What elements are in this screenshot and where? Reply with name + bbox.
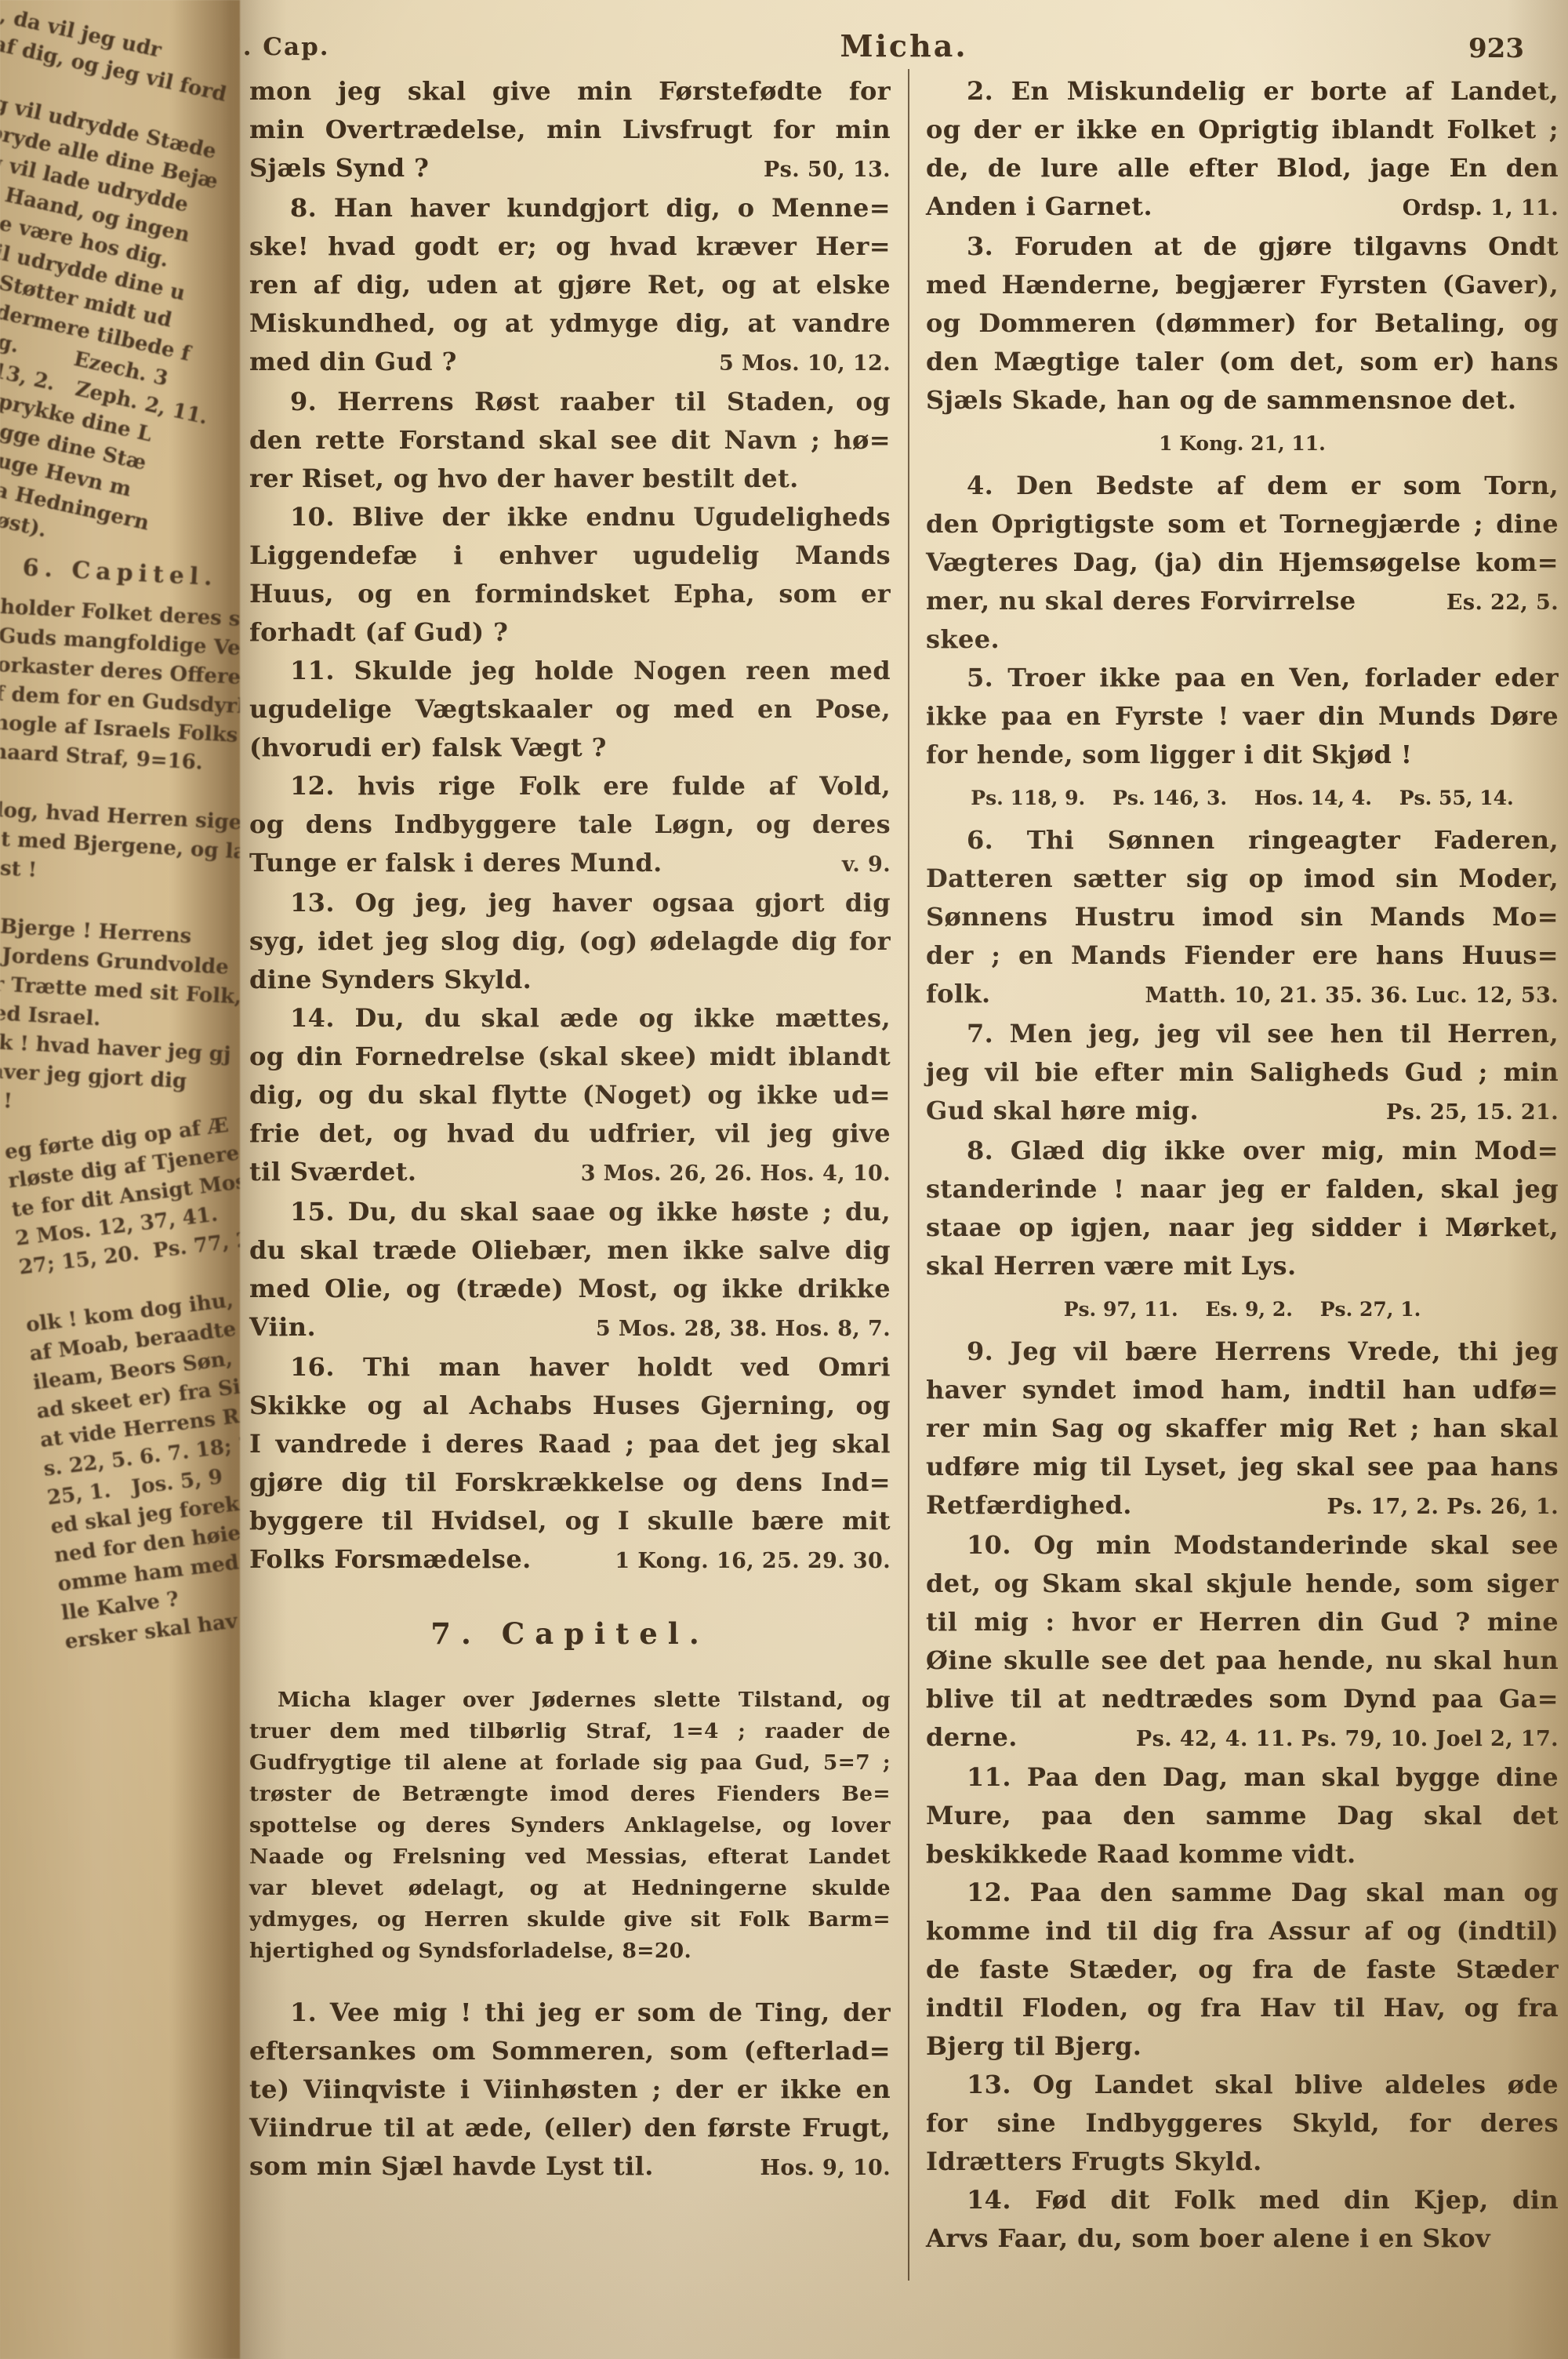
text-line: blive til at nedtrædes som Dynd paa Ga= bbox=[926, 1680, 1559, 1718]
verse-text: med din Gud ? bbox=[249, 343, 457, 381]
previous-page-chapter-heading: 6. Capitel. bbox=[2, 549, 240, 601]
scripture-reference: 5 Mos. 10, 12. bbox=[705, 344, 891, 383]
text-line: Liggendefæ i enhver ugudelig Mands bbox=[249, 536, 891, 575]
text-line: 12. Paa den samme Dag skal man og bbox=[926, 1874, 1559, 1912]
text-line: I vandrede i deres Raad ; paa det jeg sk… bbox=[249, 1425, 891, 1463]
verse-text: som min Sjæl havde Lyst til. bbox=[249, 2147, 654, 2186]
verse-text: Viin. bbox=[249, 1308, 316, 1347]
text-line: hjertighed og Syndsforladelse, 8=20. bbox=[249, 1936, 891, 1967]
text-line: Bjerg til Bjerg. bbox=[926, 2027, 1559, 2066]
text-line: med Olie, og (træde) Most, og ikke drikk… bbox=[249, 1270, 891, 1308]
text-line: til mig : hvor er Herren din Gud ? mine bbox=[926, 1603, 1559, 1641]
text-line: de, de lure alle efter Blod, jage En den bbox=[926, 149, 1559, 187]
scripture-reference-line: 1 Kong. 21, 11. bbox=[926, 426, 1559, 462]
text-line: med Hænderne, begjærer Fyrsten (Gaver), bbox=[926, 266, 1559, 304]
text-line: ren af dig, uden at gjøre Ret, og at els… bbox=[249, 266, 891, 304]
text-line: Sjæls Skade, han og de sammensnoe det. bbox=[926, 381, 1559, 420]
text-line: 13. Og jeg, jeg haver ogsaa gjort dig bbox=[249, 884, 891, 922]
previous-page-fragment-lines: holder Folket deres storeGuds mangfoldig… bbox=[0, 593, 240, 1130]
text-line: dine Synders Skyld. bbox=[249, 961, 891, 999]
scripture-reference-line: Ps. 118, 9. Ps. 146, 3. Hos. 14, 4. Ps. … bbox=[926, 780, 1559, 816]
text-line: haver syndet imod ham, indtil han udfø= bbox=[926, 1371, 1559, 1409]
text-line: gjøre dig til Forskrækkelse og dens Ind= bbox=[249, 1463, 891, 1502]
text-line: Micha klager over Jødernes slette Tilsta… bbox=[249, 1685, 891, 1716]
verse-text: Tunge er falsk i deres Mund. bbox=[249, 844, 662, 882]
previous-page-fragments-top: , da vil jeg udraf dig, og jeg vil ford … bbox=[0, 2, 240, 574]
text-line: frie det, og hvad du udfrier, vil jeg gi… bbox=[249, 1114, 891, 1153]
scripture-reference: Matth. 10, 21. 35. 36. Luc. 12, 53. bbox=[1131, 976, 1559, 1015]
verse-text: Sjæls Synd ? bbox=[249, 149, 429, 187]
text-line: Tunge er falsk i deres Mund.v. 9. bbox=[249, 844, 891, 884]
text-line: Sønnens Hustru imod sin Mands Mo= bbox=[926, 898, 1559, 936]
verse-text: Retfærdighed. bbox=[926, 1486, 1132, 1525]
text-line: som min Sjæl havde Lyst til.Hos. 9, 10. bbox=[249, 2147, 891, 2187]
scripture-reference: 5 Mos. 28, 38. Hos. 8, 7. bbox=[582, 1310, 891, 1348]
previous-page-edge: , da vil jeg udraf dig, og jeg vil ford … bbox=[0, 0, 240, 2359]
text-line: 11. Skulde jeg holde Nogen reen med bbox=[249, 652, 891, 690]
text-line: dig, og du skal flytte (Noget) og ikke u… bbox=[249, 1076, 891, 1114]
text-line: Skikke og al Achabs Huses Gjerning, og bbox=[249, 1387, 891, 1425]
left-column: mon jeg skal give min Førstefødte formin… bbox=[249, 72, 891, 2187]
text-line: 10. Og min Modstanderinde skal see bbox=[926, 1526, 1559, 1565]
header-page-number: 923 bbox=[1468, 33, 1524, 64]
text-line: Gud skal høre mig.Ps. 25, 15. 21. bbox=[926, 1092, 1559, 1132]
text-line: te) Viinqviste i Viinhøsten ; der er ikk… bbox=[249, 2070, 891, 2109]
text-line: 14. Fød dit Folk med din Kjep, din bbox=[926, 2181, 1559, 2219]
text-line: standerinde ! naar jeg er falden, skal j… bbox=[926, 1170, 1559, 1209]
text-line: komme ind til dig fra Assur af og (indti… bbox=[926, 1912, 1559, 1950]
scripture-reference: v. 9. bbox=[828, 845, 891, 884]
text-line: rer Riset, og hvo der haver bestilt det. bbox=[249, 460, 891, 498]
text-line: for hende, som ligger i dit Skjød ! bbox=[926, 736, 1559, 774]
text-line: den Mægtige taler (om det, som er) hans bbox=[926, 343, 1559, 381]
text-line: 8. Glæd dig ikke over mig, min Mod= bbox=[926, 1132, 1559, 1170]
verse-text: derne. bbox=[926, 1718, 1018, 1757]
verse-text: folk. bbox=[926, 975, 991, 1013]
text-line: 13. Og Landet skal blive aldeles øde bbox=[926, 2066, 1559, 2104]
previous-page-fragments-middle: 6. Capitel. holder Folket deres storeGud… bbox=[0, 549, 240, 1130]
text-line: Anden i Garnet.Ordsp. 1, 11. bbox=[926, 187, 1559, 227]
text-line: Sjæls Synd ?Ps. 50, 13. bbox=[249, 149, 891, 189]
text-line: rer min Sag og skaffer mig Ret ; han ska… bbox=[926, 1409, 1559, 1448]
text-line: 10. Blive der ikke endnu Ugudeligheds bbox=[249, 498, 891, 536]
text-line: 9. Jeg vil bære Herrens Vrede, thi jeg bbox=[926, 1332, 1559, 1371]
text-line: ydmyges, og Herren skulde give sit Folk … bbox=[249, 1904, 891, 1936]
right-column: 2. En Miskundelig er borte af Landet,og … bbox=[926, 72, 1559, 2258]
text-line: folk.Matth. 10, 21. 35. 36. Luc. 12, 53. bbox=[926, 975, 1559, 1015]
text-line: Folks Forsmædelse.1 Kong. 16, 25. 29. 30… bbox=[249, 1540, 891, 1580]
text-line: beskikkede Raad komme vidt. bbox=[926, 1835, 1559, 1874]
text-line: eftersankes om Sommeren, som (efterlad= bbox=[249, 2032, 891, 2070]
scripture-reference: 3 Mos. 26, 26. Hos. 4, 10. bbox=[567, 1154, 891, 1193]
text-line: jeg vil bie efter min Saligheds Gud ; mi… bbox=[926, 1053, 1559, 1092]
scripture-reference: 1 Kong. 16, 25. 29. 30. bbox=[601, 1542, 891, 1580]
column-divider bbox=[908, 69, 909, 2281]
scripture-reference: Ps. 50, 13. bbox=[750, 151, 891, 189]
text-line: Viindrue til at æde, (eller) den første … bbox=[249, 2109, 891, 2147]
verse-text: mer, nu skal deres Forvirrelse skee. bbox=[926, 582, 1432, 659]
text-line: der ; en Mands Fiender ere hans Huus= bbox=[926, 936, 1559, 975]
text-line: derne.Ps. 42, 4. 11. Ps. 79, 10. Joel 2,… bbox=[926, 1718, 1559, 1758]
header-book-title: Micha. bbox=[249, 28, 1559, 64]
text-line: (hvorudi er) falsk Vægt ? bbox=[249, 729, 891, 767]
text-line: 15. Du, du skal saae og ikke høste ; du, bbox=[249, 1193, 891, 1231]
text-line: 11. Paa den Dag, man skal bygge dine bbox=[926, 1758, 1559, 1797]
text-line: 14. Du, du skal æde og ikke mættes, bbox=[249, 999, 891, 1038]
text-line: byggere til Hvidsel, og I skulle bære mi… bbox=[249, 1502, 891, 1540]
text-line: spottelse og deres Synders Anklagelse, o… bbox=[249, 1810, 891, 1841]
scripture-reference: Ps. 17, 2. Ps. 26, 1. bbox=[1312, 1488, 1559, 1526]
text-line: Retfærdighed.Ps. 17, 2. Ps. 26, 1. bbox=[926, 1486, 1559, 1526]
text-line: Idrætters Frugts Skyld. bbox=[926, 2143, 1559, 2181]
text-line: mon jeg skal give min Førstefødte for bbox=[249, 72, 891, 111]
chapter-heading: 7. Capitel. bbox=[249, 1615, 891, 1653]
text-line: 3. Foruden at de gjøre tilgavns Ondt bbox=[926, 227, 1559, 266]
text-line: det, og Skam skal skjule hende, som sige… bbox=[926, 1565, 1559, 1603]
text-line: for sine Indbyggeres Skyld, for deres bbox=[926, 2104, 1559, 2143]
text-line: skal Herren være mit Lys. bbox=[926, 1247, 1559, 1285]
text-line: 6. Thi Sønnen ringeagter Faderen, bbox=[926, 821, 1559, 860]
text-line: Miskundhed, og at ydmyge dig, at vandre bbox=[249, 304, 891, 343]
verse-text: Anden i Garnet. bbox=[926, 187, 1152, 226]
text-line: og Dommeren (dømmer) for Betaling, og bbox=[926, 304, 1559, 343]
text-line: Huus, og en formindsket Epha, som er bbox=[249, 575, 891, 613]
text-line: Datteren sætter sig op imod sin Moder, bbox=[926, 860, 1559, 898]
text-line: 2. En Miskundelig er borte af Landet, bbox=[926, 72, 1559, 111]
verse-text: Folks Forsmædelse. bbox=[249, 1540, 532, 1579]
book-page-photo: 6. 7. Cap. Micha. 923 mon jeg skal give … bbox=[0, 0, 1568, 2359]
scripture-reference: Hos. 9, 10. bbox=[746, 2149, 891, 2187]
text-line: forhadt (af Gud) ? bbox=[249, 613, 891, 652]
text-line: Vægteres Dag, (ja) din Hjemsøgelse kom= bbox=[926, 543, 1559, 582]
text-line: 4. Den Bedste af dem er som Torn, bbox=[926, 467, 1559, 505]
text-line: Øine skulle see det paa hende, nu skal h… bbox=[926, 1641, 1559, 1680]
text-line: de faste Stæder, og fra de faste Stæder bbox=[926, 1950, 1559, 1989]
scripture-reference-line: Ps. 97, 11. Es. 9, 2. Ps. 27, 1. bbox=[926, 1292, 1559, 1328]
text-line: ugudelige Vægtskaaler og med en Pose, bbox=[249, 690, 891, 729]
scripture-reference: Ps. 25, 15. 21. bbox=[1372, 1093, 1559, 1132]
text-line: Naade og Frelsning ved Messias, efterat … bbox=[249, 1841, 891, 1873]
text-line: 5. Troer ikke paa en Ven, forlader eder bbox=[926, 659, 1559, 697]
text-line: ikke paa en Fyrste ! vaer din Munds Døre bbox=[926, 697, 1559, 736]
text-line: med din Gud ?5 Mos. 10, 12. bbox=[249, 343, 891, 383]
scripture-reference: Es. 22, 5. bbox=[1432, 583, 1559, 622]
text-line: ske! hvad godt er; og hvad kræver Her= bbox=[249, 227, 891, 266]
text-line: 9. Herrens Røst raaber til Staden, og bbox=[249, 383, 891, 421]
text-line: Viin.5 Mos. 28, 38. Hos. 8, 7. bbox=[249, 1308, 891, 1348]
text-line: 7. Men jeg, jeg vil see hen til Herren, bbox=[926, 1015, 1559, 1053]
text-line: den Oprigtigste som et Tornegjærde ; din… bbox=[926, 505, 1559, 543]
text-line: var blevet ødelagt, og at Hedningerne sk… bbox=[249, 1873, 891, 1904]
text-line: og der er ikke en Oprigtig iblandt Folke… bbox=[926, 111, 1559, 149]
text-line: Gudfrygtige til alene at forlade sig paa… bbox=[249, 1747, 891, 1779]
text-line: min Overtrædelse, min Livsfrugt for min bbox=[249, 111, 891, 149]
text-line: og din Fornedrelse (skal skee) midt ibla… bbox=[249, 1038, 891, 1076]
text-line: syg, idet jeg slog dig, (og) ødelagde di… bbox=[249, 922, 891, 961]
text-line: 8. Han haver kundgjort dig, o Menne= bbox=[249, 189, 891, 227]
text-line: du skal træde Oliebær, men ikke salve di… bbox=[249, 1231, 891, 1270]
text-line: til Sværdet.3 Mos. 26, 26. Hos. 4, 10. bbox=[249, 1153, 891, 1193]
text-line: og dens Indbyggere tale Løgn, og deres bbox=[249, 805, 891, 844]
text-line: den rette Forstand skal see dit Navn ; h… bbox=[249, 421, 891, 460]
text-line: truer dem med tilbørlig Straf, 1=4 ; raa… bbox=[249, 1716, 891, 1747]
previous-page-fragments-bottom: eg førte dig op af Ærløste dig af Tjener… bbox=[3, 1108, 240, 1657]
text-line: 16. Thi man haver holdt ved Omri bbox=[249, 1348, 891, 1387]
text-line: Arvs Faar, du, som boer alene i en Skov bbox=[926, 2219, 1559, 2258]
scripture-reference: Ordsp. 1, 11. bbox=[1388, 189, 1559, 227]
text-line: staae op igjen, naar jeg sidder i Mørket… bbox=[926, 1209, 1559, 1247]
text-line: indtil Floden, og fra Hav til Hav, og fr… bbox=[926, 1989, 1559, 2027]
text-line: 1. Vee mig ! thi jeg er som de Ting, der bbox=[249, 1994, 891, 2032]
text-line: Mure, paa den samme Dag skal det bbox=[926, 1797, 1559, 1835]
text-line: mer, nu skal deres Forvirrelse skee.Es. … bbox=[926, 582, 1559, 659]
scripture-reference: Ps. 42, 4. 11. Ps. 79, 10. Joel 2, 17. bbox=[1122, 1720, 1559, 1758]
verse-text: Gud skal høre mig. bbox=[926, 1092, 1199, 1130]
text-line: udføre mig til Lyset, jeg skal see paa h… bbox=[926, 1448, 1559, 1486]
text-line: 12. hvis rige Folk ere fulde af Vold, bbox=[249, 767, 891, 805]
verse-text: til Sværdet. bbox=[249, 1153, 416, 1191]
text-line: trøster de Betrængte imod deres Fienders… bbox=[249, 1779, 891, 1810]
